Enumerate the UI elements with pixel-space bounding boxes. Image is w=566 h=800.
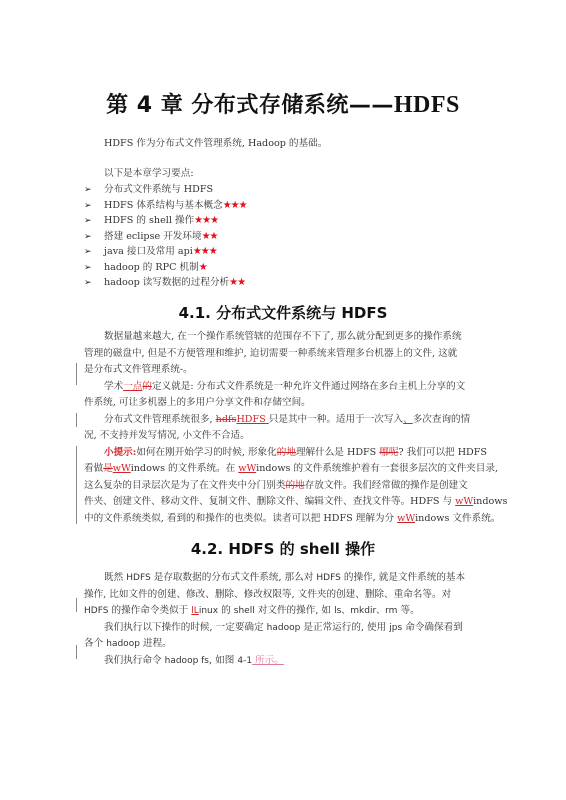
- tip-line: 小提示:如何在刚开始学习的时候, 形象化的地理解什么是 HDFS 哪呢? 我们可…: [84, 445, 514, 462]
- tracked-change: wW: [397, 513, 415, 524]
- paragraph-line: 我们执行以下操作的时候, 一定要确定 hadoop 是正常运行的, 使用 jps…: [84, 620, 514, 637]
- paragraph-line: 是分布式文件管理系统-。: [84, 362, 514, 379]
- stars-rating: ★★★: [223, 200, 247, 211]
- change-bar: [76, 446, 77, 524]
- document-page: 第 4 章 分布式存储系统——HDFS HDFS 作为分布式文件管理系统, Ha…: [0, 0, 566, 800]
- list-item: ➢java 接口及常用 api★★★: [84, 244, 247, 260]
- section-title-4-2: 4.2. HDFS 的 shell 操作: [0, 538, 566, 559]
- paragraph-line: 既然 HDFS 是存取数据的分布式文件系统, 那么对 HDFS 的操作, 就是文…: [84, 570, 514, 587]
- paragraph-line: 我们执行命令 hadoop fs, 如图 4-1 所示。: [84, 653, 514, 670]
- section1-body: 数据量越来越大, 在一个操作系统管辖的范围存不下了, 那么就分配到更多的操作系统…: [84, 329, 514, 527]
- change-bar: [76, 598, 77, 612]
- tracked-deletion: 的: [142, 381, 152, 392]
- tip-line: 件夹、创建文件、移动文件、复制文件、删除文件、编辑文件、查找文件等。HDFS 与…: [84, 494, 514, 511]
- section2-body: 既然 HDFS 是存取数据的分布式文件系统, 那么对 HDFS 的操作, 就是文…: [84, 570, 514, 669]
- paragraph-line: 管理的磁盘中, 但是不方便管理和维护, 迫切需要一种系统来管理多台机器上的文件,…: [84, 346, 514, 363]
- tracked-change: wW: [455, 496, 473, 507]
- list-item: ➢分布式文件系统与 HDFS: [84, 182, 247, 198]
- arrow-bullet-icon: ➢: [84, 230, 104, 246]
- paragraph-line: 分布式文件管理系统很多, hdfsHDFS 只是其中一种。适用于一次写入、多次查…: [84, 412, 514, 429]
- tip-line: 中的文件系统类似, 看到的和操作的也类似。读者可以把 HDFS 理解为分 wWi…: [84, 511, 514, 528]
- tracked-change: wW: [238, 463, 256, 474]
- arrow-bullet-icon: ➢: [84, 276, 104, 292]
- tracked-deletion: 哪呢: [379, 447, 398, 458]
- tracked-insertion: HDFS: [236, 414, 268, 425]
- arrow-bullet-icon: ➢: [84, 214, 104, 230]
- paragraph-line: 件系统, 可让多机器上的多用户分享文件和存储空间。: [84, 395, 514, 412]
- paragraph-line: HDFS 的操作命令类似于 lLinux 的 shell 对文件的操作, 如 l…: [84, 603, 514, 620]
- list-item: ➢hadoop 的 RPC 机制★: [84, 260, 247, 276]
- tracked-deletion: 的地: [277, 447, 296, 458]
- arrow-bullet-icon: ➢: [84, 261, 104, 277]
- arrow-bullet-icon: ➢: [84, 199, 104, 215]
- tracked-deletion: 的地: [285, 480, 304, 491]
- tracked-insertion: 一点: [123, 381, 142, 392]
- chapter-title-prefix: 第 4 章 分布式存储系统——: [106, 93, 394, 118]
- tracked-deletion: hdfs: [216, 414, 237, 425]
- stars-rating: ★★: [229, 277, 245, 288]
- change-bar: [76, 363, 77, 385]
- paragraph-line: 况, 不支持并发写情况, 小文件不合适。: [84, 428, 514, 445]
- learning-points-list: ➢分布式文件系统与 HDFS ➢HDFS 体系结构与基本概念★★★ ➢HDFS …: [84, 182, 247, 291]
- stars-rating: ★★★: [194, 215, 218, 226]
- change-bar: [76, 413, 77, 427]
- arrow-bullet-icon: ➢: [84, 183, 104, 199]
- section-title-4-1: 4.1. 分布式文件系统与 HDFS: [0, 302, 566, 323]
- paragraph-line: 数据量越来越大, 在一个操作系统管辖的范围存不下了, 那么就分配到更多的操作系统: [84, 329, 514, 346]
- tracked-insertion: 所示。: [252, 655, 284, 666]
- tracked-change: wW: [113, 463, 131, 474]
- intro-text: HDFS 作为分布式文件管理系统, Hadoop 的基础。: [104, 137, 327, 151]
- arrow-bullet-icon: ➢: [84, 245, 104, 261]
- tip-label: 小提示:: [104, 447, 136, 458]
- list-item: ➢hadoop 读写数据的过程分析★★: [84, 275, 247, 291]
- paragraph-line: 学术一点的定义就是: 分布式文件系统是一种允许文件通过网络在多台主机上分享的文: [84, 379, 514, 396]
- paragraph-line: 操作, 比如文件的创建、修改、删除、修改权限等, 文件夹的创建、删除、重命名等。…: [84, 587, 514, 604]
- tracked-change: lL: [191, 606, 199, 616]
- tip-line: 这么复杂的目录层次是为了在文件夹中分门别类的地存放文件。我们经常做的操作是创建文: [84, 478, 514, 495]
- list-item: ➢HDFS 体系结构与基本概念★★★: [84, 198, 247, 214]
- paragraph-line: 各个 hadoop 进程。: [84, 636, 514, 653]
- list-item: ➢搭建 eclipse 开发环境★★: [84, 229, 247, 245]
- stars-rating: ★: [199, 262, 207, 273]
- stars-rating: ★★★: [193, 246, 217, 257]
- list-item: ➢HDFS 的 shell 操作★★★: [84, 213, 247, 229]
- change-bar: [76, 645, 77, 659]
- points-intro: 以下是本章学习要点:: [104, 167, 194, 181]
- tip-line: 看做是wWindows 的文件系统。在 wWindows 的文件系统维护着有一套…: [84, 461, 514, 478]
- chapter-title-hdfs: HDFS: [394, 92, 460, 118]
- tracked-insertion: 、: [403, 414, 413, 425]
- tracked-deletion: 是: [103, 463, 113, 474]
- chapter-title: 第 4 章 分布式存储系统——HDFS: [0, 88, 566, 119]
- stars-rating: ★★: [202, 231, 218, 242]
